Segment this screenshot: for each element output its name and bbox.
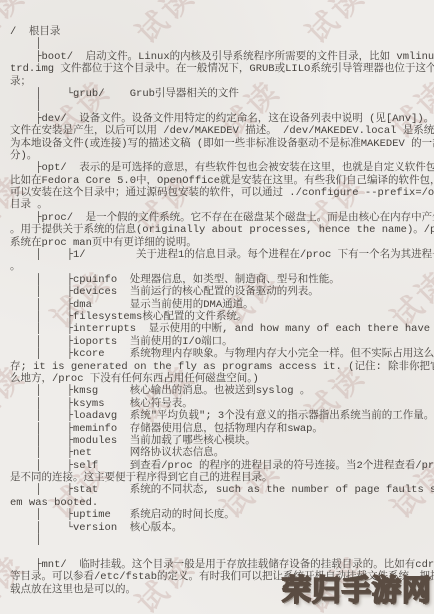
document-page: 试读试读试读试读试读试读试读试读试读试读试读试读试读试读试读试读试读试读试读试读… bbox=[0, 0, 434, 614]
document-line: ├boot/ 启动文件。Linux的内核及引导系统程序所需要的文件目录，比如 v… bbox=[10, 51, 434, 63]
document-line: │ ├meminfo 存储器使用信息，包括物理内存和swap。 bbox=[10, 423, 434, 435]
document-line: │ ├loadavg 系统"平均负载"; 3个没有意义的指示器指出系统当前的工作… bbox=[10, 410, 434, 422]
document-line: │ ├net 网络协议状态信息。 bbox=[10, 447, 434, 459]
document-line: │ ├modules 当前加载了哪些核心模块。 bbox=[10, 435, 434, 447]
document-line: 分)。 bbox=[10, 150, 434, 162]
document-line: │ ├devices 当前运行的核心配置的设备驱动的列表。 bbox=[10, 286, 434, 298]
document-line: │ ├kcore 系统物理内存映象。与物理内存大小完全一样。但不实际占用这么多内 bbox=[10, 348, 434, 360]
site-watermark-logo: 荣归手游网 bbox=[282, 568, 432, 609]
document-line: │ bbox=[10, 100, 434, 112]
document-line: 系统在proc man页中有更详细的说明。 bbox=[10, 237, 434, 249]
document-line: │ └version 核心版本。 bbox=[10, 522, 434, 534]
document-line: │ └grub/ Grub引导器相关的文件 bbox=[10, 88, 434, 100]
document-line: trd.img 文件都位于这个目录中。在一般情况下，GRUB或LILO系统引导管… bbox=[10, 63, 434, 75]
document-line: │ ├uptime 系统启动的时间长度。 bbox=[10, 509, 434, 521]
document-line: │ ├1/ 关于进程1的信息目录。每个进程在/proc 下有一个名为其进程号的目… bbox=[10, 249, 434, 261]
document-line: em was booted. bbox=[10, 497, 434, 509]
document-line: 。用于提供关于系统的信息(originally about processes,… bbox=[10, 224, 434, 236]
document-line: 存; it is generated on the fly as program… bbox=[10, 361, 434, 373]
document-line: 可以安装在这个目录中；通过源码包安装的软件，可以通过 ./configure -… bbox=[10, 187, 434, 199]
document-line: 。 bbox=[10, 261, 434, 273]
document-line: 录； bbox=[10, 76, 434, 88]
document-line: │ bbox=[10, 38, 434, 50]
document-line: 比如在Fedora Core 5.0中，OpenOffice就是安装在这里。有些… bbox=[10, 175, 434, 187]
document-line: ├opt/ 表示的是可选择的意思，有些软件包也会被安装在这里，也就是自定义软件包… bbox=[10, 162, 434, 174]
document-text: / 根目录 │ ├boot/ 启动文件。Linux的内核及引导系统程序所需要的文… bbox=[10, 26, 434, 596]
document-line: │ ├self 到查看/proc 的程序的进程目录的符号连接。当2个进程查看/p… bbox=[10, 460, 434, 472]
document-line: 为本地设备文件(或连接)写的描述文稿 (即如一些非标准设备驱动不是标准MAKED… bbox=[10, 138, 434, 150]
document-line: │ ├dma 显示当前使用的DMA通道。 bbox=[10, 299, 434, 311]
document-line: ├dev/ 设备文件。设备文件用特定的约定命名，这在设备列表中说明 (见[Anv… bbox=[10, 113, 434, 125]
document-line: │ bbox=[10, 534, 434, 546]
document-line: ├proc/ 是一个假的文件系统。它不存在在磁盘某个磁盘上。而是由核心在内存中产… bbox=[10, 212, 434, 224]
document-line: │ ├ioports 当前使用的I/O端口。 bbox=[10, 336, 434, 348]
document-line: 是不同的连接。这主要便于程序得到它自己的进程目录。 bbox=[10, 472, 434, 484]
document-line: 目录 。 bbox=[10, 199, 434, 211]
document-line: │ ├filesystems核心配置的文件系统。 bbox=[10, 311, 434, 323]
document-line: │ ├cpuinfo 处理器信息，如类型、制造商、型号和性能。 bbox=[10, 274, 434, 286]
document-line: │ ├stat 系统的不同状态, such as the number of p… bbox=[10, 484, 434, 496]
document-line: 文件在安装是产生，以后可以用 /dev/MAKEDEV 描述。 /dev/MAK… bbox=[10, 125, 434, 137]
document-line: │ ├kmsg 核心输出的消息。也被送到syslog 。 bbox=[10, 385, 434, 397]
document-line: │ ├ksyms 核心符号表。 bbox=[10, 398, 434, 410]
document-line bbox=[10, 546, 434, 558]
document-line: / 根目录 bbox=[10, 26, 434, 38]
document-line: │ ├interrupts 显示使用的中断, and how many of e… bbox=[10, 323, 434, 335]
document-line: 么地方，/proc 下没有任何东西占用任何磁盘空间。) bbox=[10, 373, 434, 385]
